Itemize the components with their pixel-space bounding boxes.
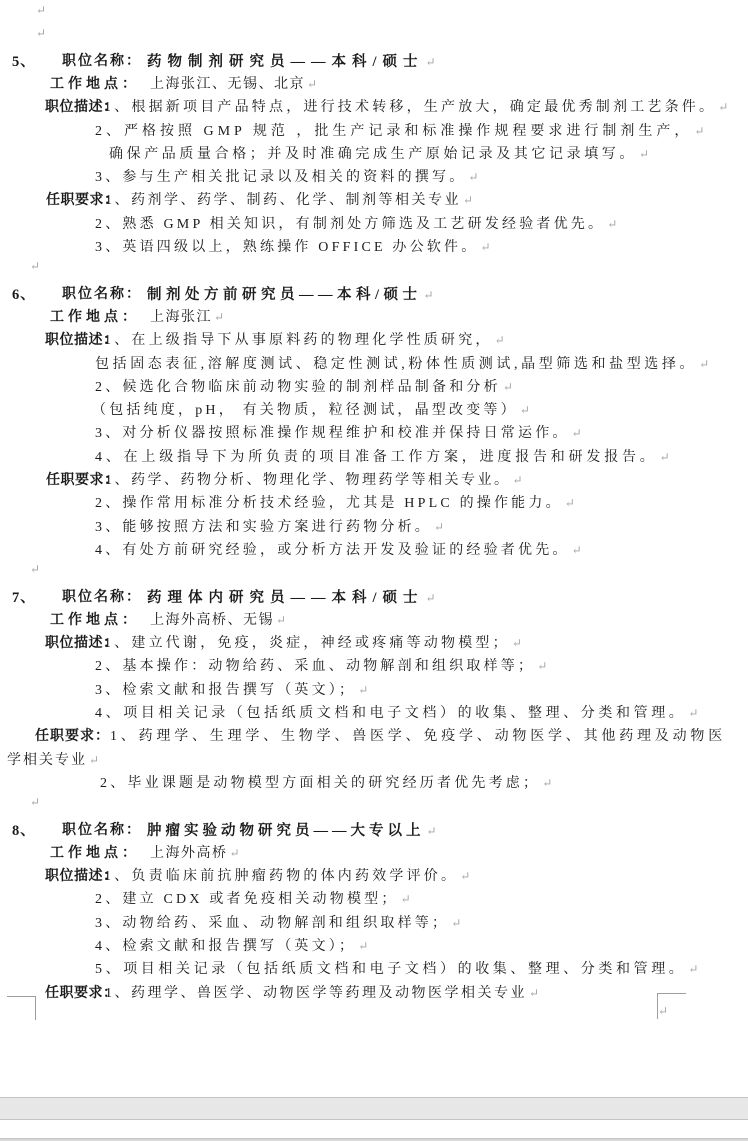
job7-requirements-line-2: 2、毕业课题是动物模型方面相关的研究经历者优先考虑；↵	[0, 772, 748, 795]
return-mark: ↵	[276, 613, 286, 627]
job6-description-line-1: 职位描述：1、在上级指导下从事原料药的物理化学性质研究，↵	[0, 329, 748, 352]
text-segment: 2、严格按照 GMP 规范 ，批生产记录和标准操作规程要求进行制剂生产，↵	[95, 120, 704, 140]
return-mark: ↵	[468, 170, 478, 184]
text-segment: 4、在上级指导下为所负责的项目准备工作方案，进度报告和研发报告。↵	[95, 446, 670, 466]
return-mark: ↵	[495, 333, 505, 347]
text-segment: 制剂处方前研究员——本科/硕士↵	[147, 283, 434, 304]
text-segment: 6、	[12, 283, 36, 304]
text-boundary-mark-bottom-left-h	[7, 996, 36, 997]
job6-requirements-line-4: 4、有处方前研究经验，或分析方法开发及验证的经验者优先。↵	[0, 539, 748, 562]
job6-description-line-4: 4、在上级指导下为所负责的项目准备工作方案，进度报告和研发报告。↵	[0, 446, 748, 469]
text-segment: 2、基本操作：动物给药、采血、动物解剖和组织取样等；↵	[95, 655, 547, 675]
text-segment: 确保产品质量合格；并及时准确完成生产原始记录及其它记录填写。↵	[109, 143, 649, 163]
return-mark: ↵	[503, 380, 513, 394]
text-segment: 任职要求：	[35, 725, 110, 745]
text-segment: 3、能够按照方法和实验方案进行药物分析。↵	[95, 516, 444, 536]
text-segment: 4、检索文献和报告撰写（英文）；↵	[95, 935, 368, 955]
text-segment: 1、在上级指导下从事原料药的物理化学性质研究，↵	[104, 329, 505, 349]
return-mark: ↵	[307, 77, 317, 91]
job8-description-line-5: 5、项目相关记录（包括纸质文档和电子文档）的收集、整理、分类和管理。↵	[0, 958, 748, 981]
word-document-page[interactable]: ↵↵5、职位名称：药物制剂研究员——本科/硕士↵工作地点：上海张江、无锡、北京↵…	[0, 0, 748, 1141]
return-mark: ↵	[230, 846, 240, 860]
job8-description-line-1: 职位描述：1、负责临床前抗肿瘤药物的体内药效学评价。↵	[0, 865, 748, 888]
job5-requirements-line-1: 任职要求：1、药剂学、药学、制药、化学、制剂等相关专业↵	[0, 189, 748, 212]
empty-paragraph: ↵	[0, 795, 748, 818]
job7-location-line: 工作地点：上海外高桥、无锡↵	[0, 609, 748, 632]
text-segment: 2、建立 CDX 或者免疫相关动物模型；↵	[95, 888, 411, 908]
text-segment: 肿瘤实验动物研究员——大专以上↵	[147, 819, 437, 840]
pilcrow-mark: ↵	[30, 259, 40, 274]
job6-location-line: 工作地点：上海张江↵	[0, 306, 748, 329]
job6-requirements-line-2: 2、操作常用标准分析技术经验，尤其是 HPLC 的操作能力。↵	[0, 492, 748, 515]
page-gap	[0, 1097, 748, 1120]
text-segment: 2、操作常用标准分析技术经验，尤其是 HPLC 的操作能力。↵	[95, 492, 575, 512]
text-segment: 7、	[12, 586, 36, 607]
text-segment: 3、动物给药、采血、动物解剖和组织取样等；↵	[95, 912, 461, 932]
job7-description-line-1: 职位描述：1、建立代谢，免疫，炎症，神经或疼痛等动物模型；↵	[0, 632, 748, 655]
job5-requirements-line-3: 3、英语四级以上，熟练操作 OFFICE 办公软件。↵	[0, 236, 748, 259]
job5-description-line-2b: 确保产品质量合格；并及时准确完成生产原始记录及其它记录填写。↵	[0, 143, 748, 166]
text-segment: 职位名称：	[62, 50, 142, 70]
empty-paragraph: ↵	[0, 3, 748, 26]
text-segment: 职位名称：	[62, 819, 142, 839]
job6-description-line-1b: 包括固态表征,溶解度测试、稳定性测试,粉体性质测试,晶型筛选和盐型选择。↵	[0, 353, 748, 376]
text-segment: 1、药理学、兽医学、动物医学等药理及动物医学相关专业↵	[105, 982, 539, 1002]
text-segment: 工作地点：	[50, 73, 140, 93]
text-segment: 8、	[12, 819, 36, 840]
return-mark: ↵	[639, 147, 649, 161]
return-mark: ↵	[460, 869, 470, 883]
return-mark: ↵	[358, 939, 368, 953]
return-mark: ↵	[463, 193, 473, 207]
return-mark: ↵	[542, 776, 552, 790]
text-segment: 4、有处方前研究经验，或分析方法开发及验证的经验者优先。↵	[95, 539, 582, 559]
job5-description-line-2: 2、严格按照 GMP 规范 ，批生产记录和标准操作规程要求进行制剂生产，↵	[0, 120, 748, 143]
job6-description-line-2: 2、候选化合物临床前动物实验的制剂样品制备和分析↵	[0, 376, 748, 399]
text-segment: 上海张江、无锡、北京↵	[150, 73, 317, 93]
job5-location-line: 工作地点：上海张江、无锡、北京↵	[0, 73, 748, 96]
job8-title-line: 8、职位名称：肿瘤实验动物研究员——大专以上↵	[0, 819, 748, 842]
text-segment: 1、负责临床前抗肿瘤药物的体内药效学评价。↵	[104, 865, 470, 885]
empty-paragraph: ↵	[0, 562, 748, 585]
pilcrow-mark: ↵	[30, 795, 40, 810]
pilcrow-mark: ↵	[36, 26, 46, 41]
return-mark: ↵	[607, 217, 617, 231]
text-segment: 3、参与生产相关批记录以及相关的资料的撰写。↵	[95, 166, 478, 186]
return-mark: ↵	[565, 496, 575, 510]
job7-description-line-4: 4、项目相关记录（包括纸质文档和电子文档）的收集、整理、分类和管理。↵	[0, 702, 748, 725]
return-mark: ↵	[572, 426, 582, 440]
return-mark: ↵	[89, 753, 99, 767]
return-mark: ↵	[513, 473, 523, 487]
text-segment: 学相关专业↵	[7, 749, 99, 769]
job6-description-line-2b: （包括纯度，pH， 有关物质，粒径测试，晶型改变等）↵	[0, 399, 748, 422]
return-mark: ↵	[699, 357, 709, 371]
text-boundary-mark-bottom-left-v	[35, 996, 36, 1020]
text-segment: 工作地点：	[50, 842, 140, 862]
job7-title-line: 7、职位名称：药理体内研究员——本科/硕士↵	[0, 586, 748, 609]
empty-paragraph: ↵	[0, 259, 748, 282]
return-mark: ↵	[426, 591, 436, 605]
job6-title-line: 6、职位名称：制剂处方前研究员——本科/硕士↵	[0, 283, 748, 306]
job7-requirements-line-1b: 学相关专业↵	[0, 749, 748, 772]
job7-description-line-2: 2、基本操作：动物给药、采血、动物解剖和组织取样等；↵	[0, 655, 748, 678]
empty-paragraph: ↵	[0, 26, 748, 49]
text-segment: 上海外高桥↵	[150, 842, 240, 862]
text-segment: 5、项目相关记录（包括纸质文档和电子文档）的收集、整理、分类和管理。↵	[95, 958, 698, 978]
return-mark: ↵	[688, 962, 698, 976]
job8-description-line-2: 2、建立 CDX 或者免疫相关动物模型；↵	[0, 888, 748, 911]
text-segment: 2、毕业课题是动物模型方面相关的研究经历者优先考虑；↵	[100, 772, 552, 792]
return-mark: ↵	[424, 288, 434, 302]
text-segment: 1、药学、药物分析、物理化学、物理药学等相关专业。↵	[105, 469, 523, 489]
text-segment: （包括纯度，pH， 有关物质，粒径测试，晶型改变等）↵	[92, 399, 530, 419]
text-segment: 上海外高桥、无锡↵	[150, 609, 286, 629]
text-segment: 包括固态表征,溶解度测试、稳定性测试,粉体性质测试,晶型筛选和盐型选择。↵	[95, 353, 709, 373]
text-segment: 2、候选化合物临床前动物实验的制剂样品制备和分析↵	[95, 376, 513, 396]
return-mark: ↵	[434, 520, 444, 534]
text-segment: 工作地点：	[50, 306, 140, 326]
return-mark: ↵	[358, 683, 368, 697]
text-segment: 1、药剂学、药学、制药、化学、制剂等相关专业↵	[105, 189, 473, 209]
text-segment: 3、对分析仪器按照标准操作规程维护和校准并保持日常运作。↵	[95, 422, 582, 442]
text-segment: 3、检索文献和报告撰写（英文）；↵	[95, 679, 368, 699]
text-segment: 2、熟悉 GMP 相关知识，有制剂处方筛选及工艺研发经验者优先。↵	[95, 213, 617, 233]
text-segment: 1、药理学、生理学、生物学、兽医学、免疫学、动物医学、其他药理及动物医	[110, 725, 726, 745]
text-segment: 工作地点：	[50, 609, 140, 629]
return-mark: ↵	[426, 55, 436, 69]
text-segment: 上海张江↵	[150, 306, 224, 326]
job8-location-line: 工作地点：上海外高桥↵	[0, 842, 748, 865]
job5-requirements-line-2: 2、熟悉 GMP 相关知识，有制剂处方筛选及工艺研发经验者优先。↵	[0, 213, 748, 236]
return-mark: ↵	[572, 543, 582, 557]
job5-description-line-3: 3、参与生产相关批记录以及相关的资料的撰写。↵	[0, 166, 748, 189]
text-segment: 3、英语四级以上，熟练操作 OFFICE 办公软件。↵	[95, 236, 491, 256]
return-mark: ↵	[451, 916, 461, 930]
return-mark: ↵	[214, 310, 224, 324]
return-mark: ↵	[520, 403, 530, 417]
pilcrow-mark: ↵	[36, 3, 46, 18]
job8-description-line-3: 3、动物给药、采血、动物解剖和组织取样等；↵	[0, 912, 748, 935]
text-segment: 职位名称：	[62, 283, 142, 303]
job6-requirements-line-1: 任职要求：1、药学、药物分析、物理化学、物理药学等相关专业。↵	[0, 469, 748, 492]
text-segment: 药理体内研究员——本科/硕士↵	[147, 586, 436, 607]
job5-title-line: 5、职位名称：药物制剂研究员——本科/硕士↵	[0, 50, 748, 73]
job6-description-line-3: 3、对分析仪器按照标准操作规程维护和校准并保持日常运作。↵	[0, 422, 748, 445]
pilcrow-mark: ↵	[30, 562, 40, 577]
return-mark: ↵	[480, 240, 490, 254]
return-mark: ↵	[694, 124, 704, 138]
job8-requirements-line-1: 任职要求：1、药理学、兽医学、动物医学等药理及动物医学相关专业↵	[0, 982, 748, 1005]
return-mark: ↵	[660, 450, 670, 464]
text-segment: 5、	[12, 50, 36, 71]
job8-description-line-4: 4、检索文献和报告撰写（英文）；↵	[0, 935, 748, 958]
return-mark: ↵	[512, 636, 522, 650]
return-mark: ↵	[537, 659, 547, 673]
job7-requirements-line-1: 任职要求：1、药理学、生理学、生物学、兽医学、免疫学、动物医学、其他药理及动物医	[0, 725, 748, 748]
text-segment: 4、项目相关记录（包括纸质文档和电子文档）的收集、整理、分类和管理。↵	[95, 702, 698, 722]
return-mark: ↵	[401, 892, 411, 906]
return-mark: ↵	[688, 706, 698, 720]
text-boundary-mark-bottom-right-h	[657, 993, 686, 994]
job6-requirements-line-3: 3、能够按照方法和实验方案进行药物分析。↵	[0, 516, 748, 539]
return-mark: ↵	[718, 100, 728, 114]
job7-description-line-3: 3、检索文献和报告撰写（英文）；↵	[0, 679, 748, 702]
text-segment: 药物制剂研究员——本科/硕士↵	[147, 50, 436, 71]
return-mark: ↵	[529, 986, 539, 1000]
return-mark: ↵	[427, 824, 437, 838]
job5-description-line-1: 职位描述：1、根据新项目产品特点，进行技术转移，生产放大，确定最优秀制剂工艺条件…	[0, 96, 748, 119]
text-segment: 1、根据新项目产品特点，进行技术转移，生产放大，确定最优秀制剂工艺条件。↵	[104, 96, 728, 116]
page-end-return-mark: ↵	[658, 1004, 668, 1019]
text-segment: 职位名称：	[62, 586, 142, 606]
text-segment: 1、建立代谢，免疫，炎症，神经或疼痛等动物模型；↵	[104, 632, 522, 652]
